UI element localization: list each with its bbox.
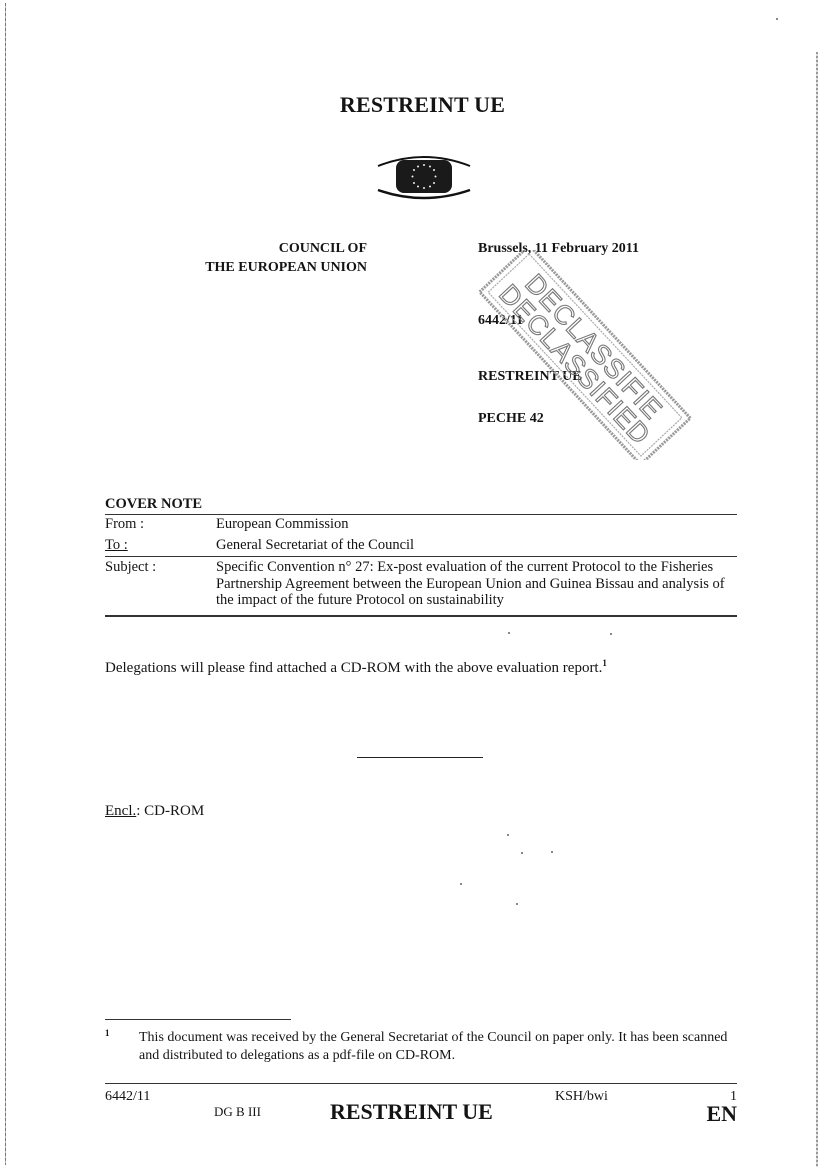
footnote-text: This document was received by the Genera… bbox=[139, 1029, 749, 1065]
institution-line-2: THE EUROPEAN UNION bbox=[150, 258, 367, 277]
scan-speck bbox=[551, 851, 553, 853]
footer-initials: KSH/bwi bbox=[555, 1089, 608, 1105]
to-value: General Secretariat of the Council bbox=[216, 537, 741, 554]
from-value: European Commission bbox=[216, 516, 741, 533]
footer-classification: RESTREINT UE bbox=[330, 1099, 493, 1125]
to-label: To : bbox=[105, 537, 128, 554]
scan-speck bbox=[507, 834, 509, 836]
cover-note-title: COVER NOTE bbox=[105, 496, 202, 513]
to-rule bbox=[105, 556, 737, 557]
enclosure-value: : CD-ROM bbox=[136, 803, 204, 819]
subject-value: Specific Convention n° 27: Ex-post evalu… bbox=[216, 559, 741, 609]
enclosure-label: Encl. bbox=[105, 803, 136, 819]
institution-name: COUNCIL OF THE EUROPEAN UNION bbox=[150, 239, 367, 277]
body-paragraph: Delegations will please find attached a … bbox=[105, 658, 607, 677]
cover-note-top-rule bbox=[105, 514, 737, 515]
closing-rule bbox=[357, 757, 483, 758]
subject-label: Subject : bbox=[105, 559, 156, 576]
header-classification: RESTREINT UE bbox=[0, 92, 825, 118]
scan-speck bbox=[521, 852, 523, 854]
footer-doc-number: 6442/11 bbox=[105, 1089, 150, 1105]
footer-rule bbox=[105, 1083, 737, 1084]
footnote-mark: 1 bbox=[105, 1028, 110, 1038]
institution-line-1: COUNCIL OF bbox=[150, 239, 367, 258]
body-text: Delegations will please find attached a … bbox=[105, 660, 602, 676]
footnote-reference[interactable]: 1 bbox=[602, 658, 607, 668]
footer-language: EN bbox=[700, 1101, 737, 1127]
enclosure: Encl.: CD-ROM bbox=[105, 803, 204, 820]
scan-speck bbox=[516, 903, 518, 905]
scan-speck bbox=[460, 883, 462, 885]
scan-speck bbox=[776, 18, 778, 20]
scan-edge-right bbox=[816, 52, 818, 1167]
eu-council-emblem-icon bbox=[376, 150, 472, 202]
footer-directorate: DG B III bbox=[214, 1104, 261, 1120]
footnote-rule bbox=[105, 1019, 291, 1020]
scan-speck bbox=[508, 632, 510, 634]
scan-speck bbox=[610, 633, 612, 635]
scan-edge-left bbox=[5, 3, 6, 1165]
cover-note-bottom-rule bbox=[105, 615, 737, 617]
declassified-stamp-icon: DECLASSIFIE DECLASSIFIED bbox=[470, 250, 700, 460]
from-label: From : bbox=[105, 516, 144, 533]
